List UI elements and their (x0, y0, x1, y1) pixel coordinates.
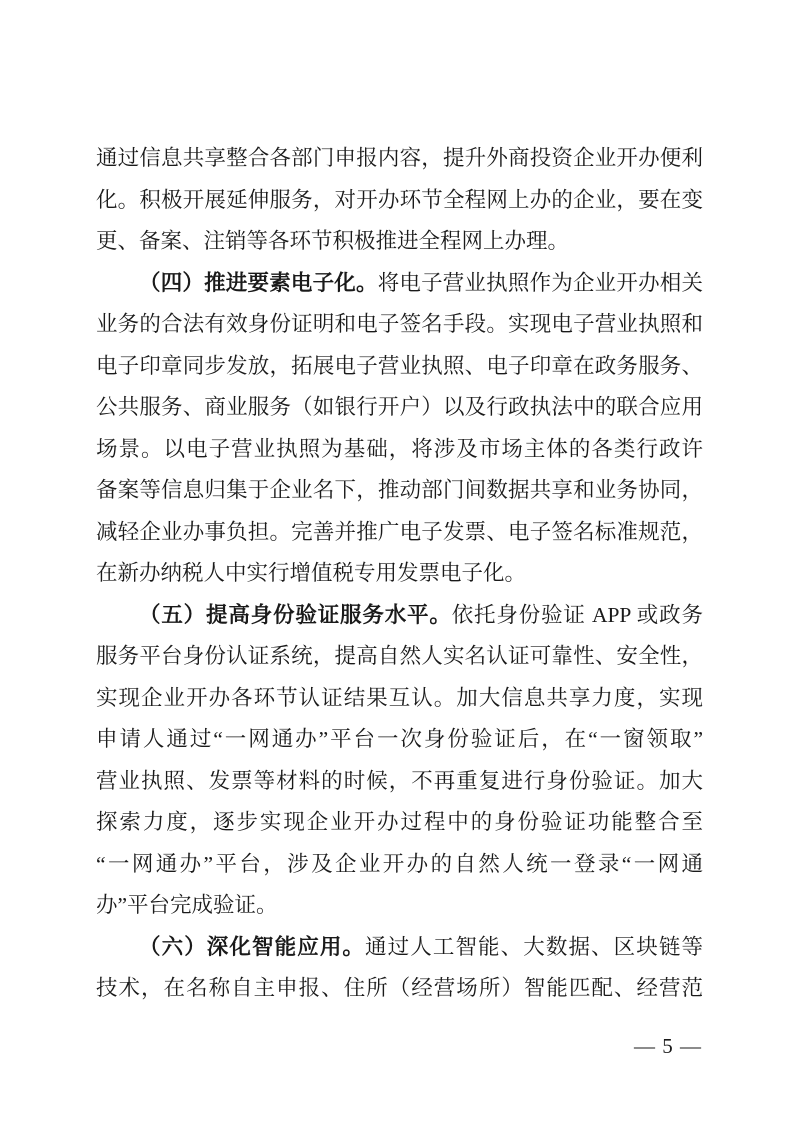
text-line: 业务的合法有效身份证明和电子签名手段。实现电子营业执照和 (96, 304, 703, 346)
text-line: 减轻企业办事负担。完善并推广电子发票、电子签名标准规范， (96, 512, 703, 554)
section-heading-continuation: 通过人工智能、大数据、区块链等 (365, 935, 703, 959)
section-heading-continuation: 将电子营业执照作为企业开办相关 (378, 271, 703, 295)
section-heading: （四）推进要素电子化。 (139, 271, 378, 295)
text-line: 更、备案、注销等各环节积极推进全程网上办理。 (96, 221, 703, 263)
text-line: 技术，在名称自主申报、住所（经营场所）智能匹配、经营范 (96, 968, 703, 1010)
section-heading-continuation: 依托身份验证 APP 或政务 (452, 603, 703, 627)
text-line: 申请人通过“一网通办”平台一次身份验证后，在“一窗领取” (96, 719, 703, 761)
text-line: “一网通办”平台，涉及企业开办的自然人统一登录“一网通 (96, 844, 703, 886)
text-line: 电子印章同步发放，拓展电子营业执照、电子印章在政务服务、 (96, 346, 703, 388)
section-heading: （五）提高身份验证服务水平。 (139, 603, 452, 627)
section-heading-line: （四）推进要素电子化。将电子营业执照作为企业开办相关 (96, 263, 703, 305)
text-line: 通过信息共享整合各部门申报内容，提升外商投资企业开办便利 (96, 138, 703, 180)
text-line: 公共服务、商业服务（如银行开户）以及行政执法中的联合应用 (96, 387, 703, 429)
section-heading-line: （五）提高身份验证服务水平。依托身份验证 APP 或政务 (96, 595, 703, 637)
text-line: 办”平台完成验证。 (96, 885, 703, 927)
text-line: 化。积极开展延伸服务，对开办环节全程网上办的企业，要在变 (96, 180, 703, 222)
document-body: 通过信息共享整合各部门申报内容，提升外商投资企业开办便利 化。积极开展延伸服务，… (96, 138, 703, 1010)
document-page: 通过信息共享整合各部门申报内容，提升外商投资企业开办便利 化。积极开展延伸服务，… (0, 0, 793, 1122)
text-line: 探索力度，逐步实现企业开办过程中的身份验证功能整合至 (96, 802, 703, 844)
text-line: 实现企业开办各环节认证结果互认。加大信息共享力度，实现 (96, 678, 703, 720)
section-heading-line: （六）深化智能应用。通过人工智能、大数据、区块链等 (96, 927, 703, 969)
text-line: 营业执照、发票等材料的时候，不再重复进行身份验证。加大 (96, 761, 703, 803)
text-line: 在新办纳税人中实行增值税专用发票电子化。 (96, 553, 703, 595)
section-heading: （六）深化智能应用。 (139, 935, 365, 959)
page-number: — 5 — (634, 1034, 702, 1058)
text-line: 场景。以电子营业执照为基础，将涉及市场主体的各类行政许可、 (96, 429, 703, 471)
text-line: 服务平台身份认证系统，提高自然人实名认证可靠性、安全性， (96, 636, 703, 678)
text-line: 备案等信息归集于企业名下，推动部门间数据共享和业务协同， (96, 470, 703, 512)
